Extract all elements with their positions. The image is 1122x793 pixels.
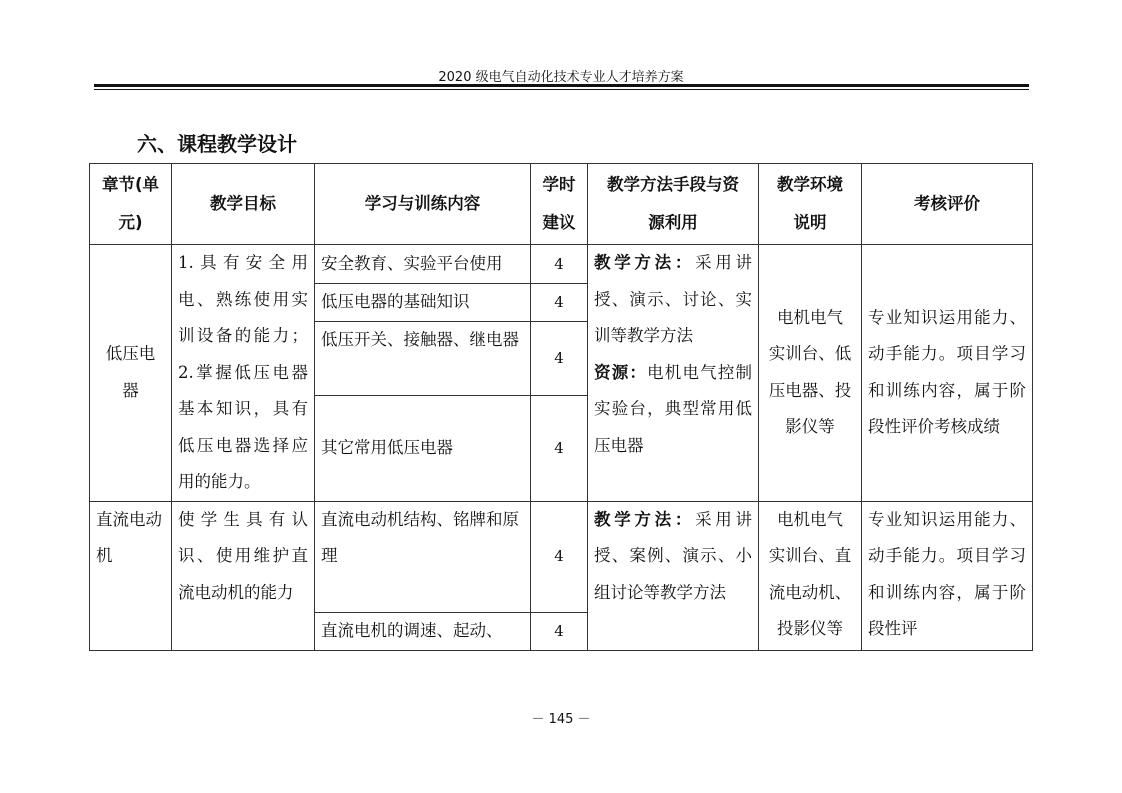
header-environment: 教学环境 说明 xyxy=(759,164,862,245)
content-item: 低压电器的基础知识 xyxy=(315,283,531,321)
unit-method: 教学方法：采用讲授、演示、讨论、实训等教学方法 资源：电机电气控制实验台，典型常… xyxy=(588,245,759,502)
header-hours: 学时 建议 xyxy=(531,164,588,245)
content-item: 其它常用低压电器 xyxy=(315,396,531,501)
hours-value: 4 xyxy=(531,396,588,501)
header-chapter: 章节(单 元) xyxy=(90,164,172,245)
unit-chapter: 低压电 器 xyxy=(90,245,172,502)
header-rule-thin xyxy=(94,89,1029,90)
table-row: 低压电 器 1.具有安全用电、熟练使用实训设备的能力；2.掌握低压电器基本知识，… xyxy=(90,245,1033,284)
header-content: 学习与训练内容 xyxy=(315,164,531,245)
page-number: － 145 － xyxy=(0,708,1122,727)
unit-method: 教学方法：采用讲授、案例、演示、小组讨论等教学方法 xyxy=(588,501,759,650)
unit-chapter: 直流电动机 xyxy=(90,501,172,650)
unit-objective: 1.具有安全用电、熟练使用实训设备的能力；2.掌握低压电器基本知识，具有低压电器… xyxy=(172,245,315,502)
content-item: 低压开关、接触器、继电器 xyxy=(315,321,531,395)
content-item: 安全教育、实验平台使用 xyxy=(315,245,531,284)
content-item: 直流电机的调速、起动、 xyxy=(315,612,531,650)
hours-value: 4 xyxy=(531,283,588,321)
unit-assessment: 专业知识运用能力、动手能力。项目学习和训练内容，属于阶段性评 xyxy=(862,501,1033,650)
unit-environment: 电机电气 实训台、直 流电动机、 投影仪等 xyxy=(759,501,862,650)
document-header-title: 2020 级电气自动化技术专业人才培养方案 xyxy=(0,66,1122,85)
hours-value: 4 xyxy=(531,245,588,284)
table-row: 直流电动机 使学生具有认识、使用维护直流电动机的能力 直流电动机结构、铭牌和原理… xyxy=(90,501,1033,612)
course-design-table: 章节(单 元) 教学目标 学习与训练内容 学时 建议 教学方法手段与资 源利用 … xyxy=(89,163,1033,651)
hours-value: 4 xyxy=(531,501,588,612)
table-header-row: 章节(单 元) 教学目标 学习与训练内容 学时 建议 教学方法手段与资 源利用 … xyxy=(90,164,1033,245)
method-label: 教学方法： xyxy=(594,253,695,272)
unit-environment: 电机电气 实训台、低 压电器、投 影仪等 xyxy=(759,245,862,502)
resource-label: 资源： xyxy=(594,363,647,382)
hours-value: 4 xyxy=(531,321,588,395)
header-rule xyxy=(94,84,1029,87)
header-method: 教学方法手段与资 源利用 xyxy=(588,164,759,245)
hours-value: 4 xyxy=(531,612,588,650)
section-title: 六、课程教学设计 xyxy=(137,128,297,157)
method-label: 教学方法： xyxy=(594,510,695,529)
header-assessment: 考核评价 xyxy=(862,164,1033,245)
unit-assessment: 专业知识运用能力、动手能力。项目学习和训练内容，属于阶段性评价考核成绩 xyxy=(862,245,1033,502)
content-item: 直流电动机结构、铭牌和原理 xyxy=(315,501,531,612)
unit-objective: 使学生具有认识、使用维护直流电动机的能力 xyxy=(172,501,315,650)
header-objective: 教学目标 xyxy=(172,164,315,245)
